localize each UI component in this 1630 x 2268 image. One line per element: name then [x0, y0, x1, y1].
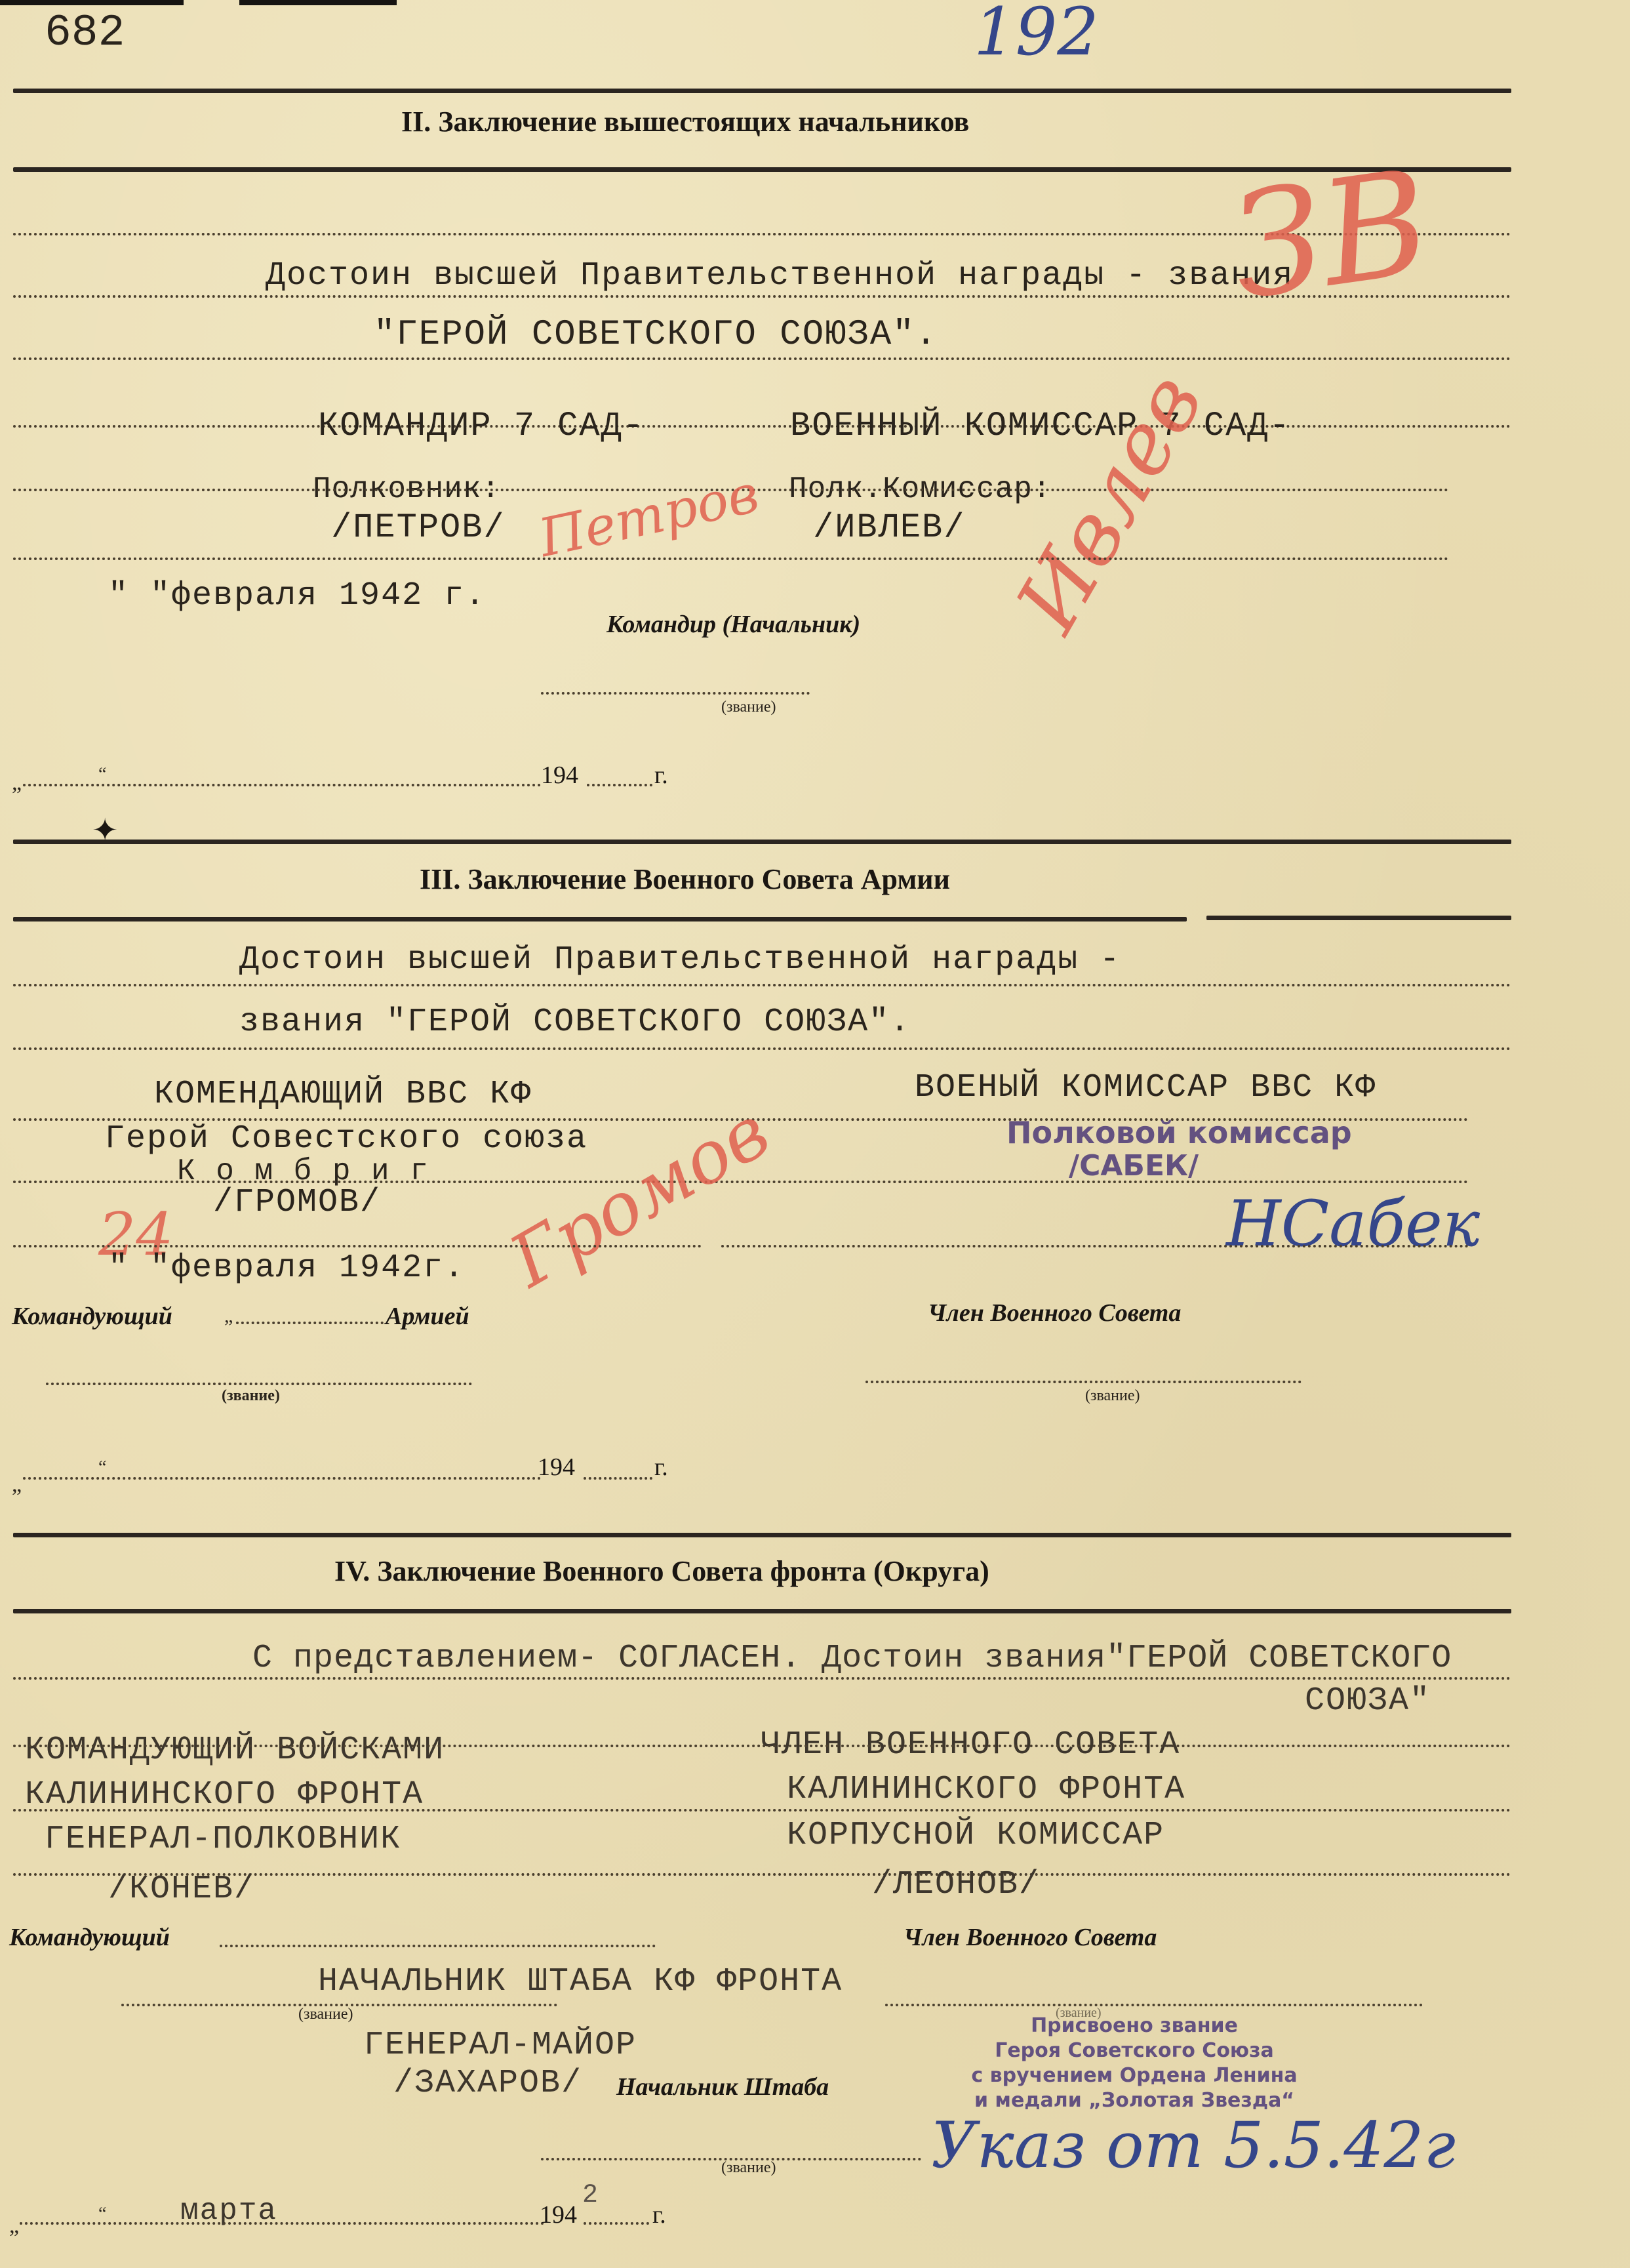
date-close-quote: “: [98, 764, 106, 785]
handwritten-sheet-number: 192: [974, 0, 1099, 70]
rank-line: [865, 1381, 1302, 1383]
s3-right-rank-stamp: Полковой комиссар: [1006, 1115, 1352, 1150]
s4-rank-caption-chief: (звание): [721, 2159, 776, 2177]
s4-right-line3: КОРПУСНОЙ КОМИССАР: [787, 1817, 1164, 1854]
scan-edge: [0, 0, 184, 5]
section-divider: [13, 840, 1511, 844]
s2-left-name: /ПЕТРОВ/: [331, 508, 506, 547]
s4-left-line2: КАЛИНИНСКОГО ФРОНТА: [25, 1776, 424, 1813]
s4-left-line3: ГЕНЕРАЛ-ПОЛКОВНИК: [45, 1821, 401, 1858]
s4-date-year: 194: [540, 2200, 577, 2229]
date-open-quote: „: [12, 1472, 22, 1497]
section4-text-line2: СОЮЗА": [1305, 1682, 1431, 1720]
s4-left-line1: КОМАНДУЮЩИЙ ВОЙСКАМИ: [25, 1731, 445, 1769]
page-number: 682: [45, 8, 125, 58]
form-line: [13, 357, 1511, 360]
section-divider: [13, 917, 1187, 921]
rank-line: [46, 1383, 472, 1385]
s3-date-year: 194: [538, 1453, 575, 1482]
s4-date-year-hand: 2: [582, 2181, 599, 2210]
stamp-line3: с вручением Ордена Ленина: [931, 2063, 1338, 2088]
s3-date-suffix: г.: [654, 1453, 668, 1482]
section3-title: III. Заключение Военного Совета Армии: [420, 862, 950, 896]
s3-left-title: Герой Совестского союза: [105, 1120, 587, 1158]
s3-army-suffix: Армией: [386, 1302, 469, 1331]
form-line: [13, 1677, 1511, 1680]
s4-right-name: /ЛЕОНОВ/: [872, 1866, 1040, 1903]
section2-title: II. Заключение вышестоящих начальников: [401, 105, 969, 138]
s4-left-name: /КОНЕВ/: [108, 1871, 255, 1908]
s4-chief-rank: ГЕНЕРАЛ-МАЙОР: [364, 2027, 637, 2064]
s2-rank-caption: (звание): [721, 699, 776, 716]
army-number-line: [236, 1322, 384, 1324]
s2-left-position: КОМАНДИР 7 САД-: [318, 407, 645, 445]
s4-chief-position: НАЧАЛЬНИК ШТАБА КФ ФРОНТА: [318, 1963, 843, 2000]
date-close-quote: “: [98, 1457, 106, 1478]
form-line: [13, 984, 1511, 986]
s4-commander-label: Командующий: [9, 1923, 170, 1952]
s2-date-year: 194: [541, 761, 578, 790]
red-signature-petrov: Петров: [534, 463, 764, 569]
form-line: [13, 1245, 702, 1247]
s3-right-position: ВОЕНЫЙ КОМИССАР ВВС КФ: [915, 1069, 1376, 1106]
s3-date-typed: " "февраля 1942г.: [108, 1249, 465, 1287]
stamp-line2: Героя Советского Союза: [931, 2038, 1338, 2063]
rank-line: [541, 692, 810, 695]
section2-text-line2: "ГЕРОЙ СОВЕТСКОГО СОЮЗА".: [374, 315, 938, 355]
s4-chief-label: Начальник Штаба: [616, 2073, 829, 2101]
section-divider: [13, 89, 1511, 93]
s4-member-label: Член Военного Совета: [904, 1923, 1157, 1952]
form-line: [13, 557, 1449, 560]
s2-date-suffix: г.: [654, 761, 668, 790]
s2-right-name: /ИВЛЕВ/: [813, 508, 965, 547]
section-divider: [13, 1533, 1511, 1537]
form-line: [13, 1047, 1511, 1050]
s4-date-suffix: г.: [652, 2200, 666, 2229]
s3-left-position: КОМЕНДАЮЩИЙ ВВС КФ: [154, 1076, 532, 1113]
section4-text-line1: С представлением- СОГЛАСЕН. Достоин зван…: [252, 1640, 1452, 1677]
date-line: [23, 1477, 541, 1480]
form-line: [220, 1945, 656, 1947]
form-line: [13, 1745, 1511, 1747]
date-line: [587, 784, 652, 786]
s3-left-name: /ГРОМОВ/: [213, 1184, 381, 1221]
section3-text-line1: Достоин высшей Правительственной награды…: [239, 941, 1121, 979]
s3-right-name-stamp: /САБЕК/: [1069, 1149, 1199, 1183]
date-line: [23, 784, 541, 786]
date-line: [20, 2222, 544, 2225]
rank-line: [885, 2004, 1423, 2006]
s3-commander-label: Командующий: [12, 1302, 172, 1331]
date-line: [584, 1477, 652, 1480]
section3-text-line2: звания "ГЕРОЙ СОВЕТСКОГО СОЮЗА".: [239, 1003, 911, 1041]
date-open-quote: „: [9, 2214, 19, 2238]
date-open-quote: „: [12, 771, 22, 796]
s4-rank-caption-left: (звание): [298, 2006, 353, 2023]
award-stamp: Присвоено звание Героя Советского Союза …: [931, 2014, 1338, 2113]
stamp-line1: Присвоено звание: [931, 2014, 1338, 2038]
date-line: [584, 2222, 649, 2225]
red-signature-initials: ЗВ: [1222, 138, 1439, 331]
s4-right-line2: КАЛИНИНСКОГО ФРОНТА: [787, 1771, 1185, 1808]
form-line: [721, 1245, 1469, 1247]
section-divider: [1206, 916, 1511, 920]
s2-role-label: Командир (Начальник): [606, 610, 860, 639]
blue-signature-sabek: НСабек: [1226, 1187, 1480, 1261]
form-line: [13, 1809, 1511, 1812]
s3-rank-caption-left: (звание): [222, 1387, 280, 1405]
s4-chief-name: /ЗАХАРОВ/: [393, 2065, 582, 2102]
section-divider: [13, 1609, 1511, 1613]
s3-member-label: Член Военного Совета: [928, 1299, 1181, 1327]
section2-text-line1: Достоин высшей Правительственной награды…: [266, 257, 1294, 294]
s2-date-typed: " "февраля 1942 г.: [108, 577, 486, 615]
section4-title: IV. Заключение Военного Совета фронта (О…: [334, 1554, 989, 1588]
handwritten-decree: Указ от 5.5.42г: [931, 2109, 1456, 2182]
scan-edge: [239, 0, 397, 5]
s3-rank-caption-right: (звание): [1085, 1387, 1140, 1405]
